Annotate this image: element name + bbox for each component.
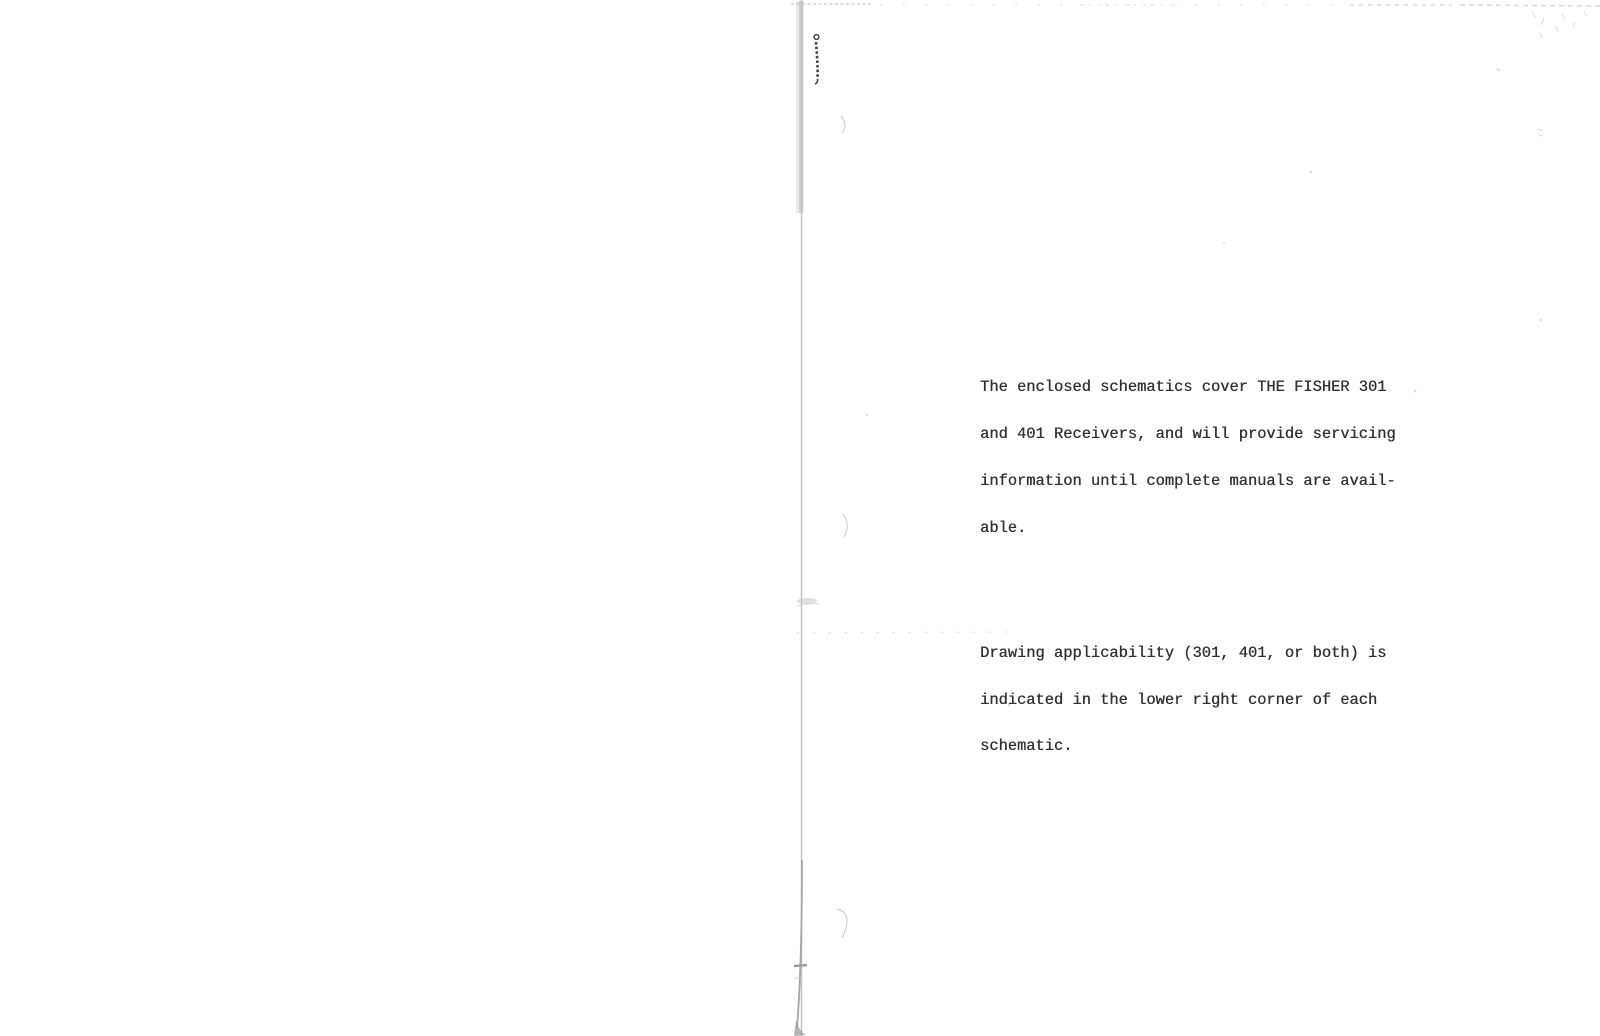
paragraph-drawing-applicability: Drawing applicability (301, 401, or both… bbox=[980, 615, 1420, 787]
scanned-document-page: The enclosed schematics cover THE FISHER… bbox=[0, 0, 1600, 1036]
paragraph-schematics-coverage: The enclosed schematics cover THE FISHER… bbox=[980, 349, 1420, 567]
scan-top-edge-dots bbox=[791, 4, 1600, 6]
text-line: Drawing applicability (301, 401, or both… bbox=[980, 646, 1420, 662]
typewritten-text-block: The enclosed schematics cover THE FISHER… bbox=[980, 318, 1420, 817]
text-line: indicated in the lower right corner of e… bbox=[980, 693, 1420, 709]
scan-corner-speckles bbox=[1496, 12, 1587, 136]
text-line: and 401 Receivers, and will provide serv… bbox=[980, 427, 1420, 443]
page-left-edge bbox=[794, 0, 807, 1036]
text-line: The enclosed schematics cover THE FISHER… bbox=[980, 380, 1420, 396]
text-line: schematic. bbox=[980, 739, 1420, 755]
margin-arc-marks bbox=[837, 116, 847, 938]
text-line: information until complete manuals are a… bbox=[980, 474, 1420, 490]
staple-mark bbox=[814, 35, 819, 84]
text-line: able. bbox=[980, 521, 1420, 537]
